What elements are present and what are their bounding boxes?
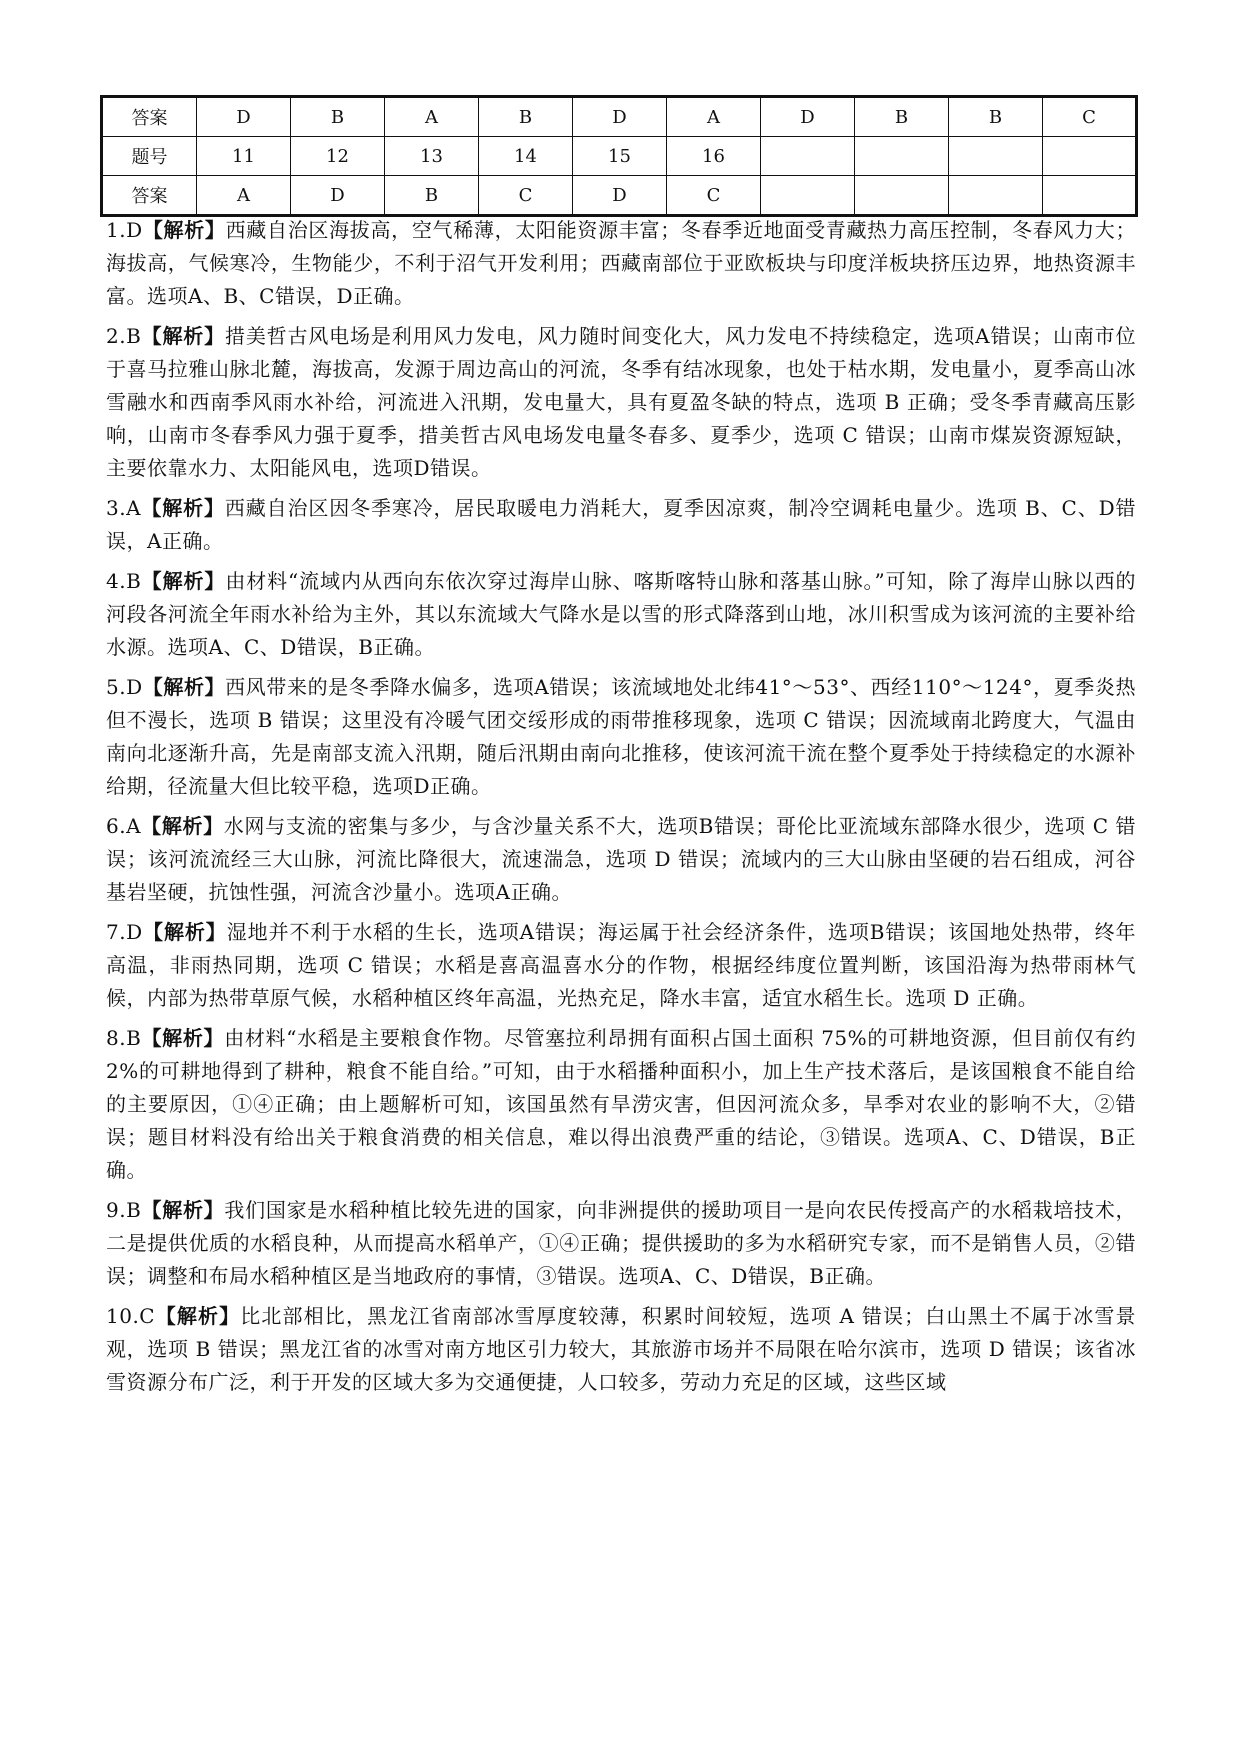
analysis-item: 4.B【解析】由材料“流域内从西向东依次穿过海岸山脉、喀斯喀特山脉和落基山脉。”… (106, 565, 1136, 664)
answer-cell: D (761, 97, 855, 137)
analysis-item: 10.C【解析】比北部相比，黑龙江省南部冰雪厚度较薄，积累时间较短，选项 A 错… (106, 1300, 1136, 1399)
answer-cell: C (1043, 97, 1137, 137)
item-number: 2.B (106, 324, 141, 348)
answer-cell (855, 176, 949, 216)
answer-cell (761, 176, 855, 216)
item-number: 7.D (106, 920, 143, 944)
analysis-tag: 【解析】 (141, 324, 225, 348)
analysis-item: 2.B【解析】措美哲古风电场是利用风力发电，风力随时间变化大，风力发电不持续稳定… (106, 320, 1136, 485)
item-number: 3.A (106, 496, 141, 520)
answer-cell: D (573, 97, 667, 137)
answer-cell: B (479, 97, 573, 137)
answer-cell: B (855, 97, 949, 137)
answer-cell: D (197, 97, 291, 137)
question-number-cell: 14 (479, 137, 573, 176)
analysis-tag: 【解析】 (143, 920, 227, 944)
table-row: 题号 11 12 13 14 15 16 (102, 137, 1137, 176)
analysis-text: 我们国家是水稻种植比较先进的国家，向非洲提供的援助项目一是向农民传授高产的水稻栽… (106, 1198, 1136, 1288)
analysis-text: 西风带来的是冬季降水偏多，选项A错误；该流域地处北纬41°～53°、西经110°… (106, 675, 1136, 798)
row-label: 答案 (102, 176, 197, 216)
analysis-item: 6.A【解析】水网与支流的密集与多少，与含沙量关系不大，选项B错误；哥伦比亚流域… (106, 810, 1136, 909)
item-number: 6.A (106, 814, 141, 838)
analysis-tag: 【解析】 (141, 814, 224, 838)
item-number: 5.D (106, 675, 143, 699)
answer-cell (949, 176, 1043, 216)
question-number-cell: 11 (197, 137, 291, 176)
item-number: 9.B (106, 1198, 141, 1222)
analysis-tag: 【解析】 (141, 1026, 224, 1050)
answer-cell: C (479, 176, 573, 216)
analysis-tag: 【解析】 (141, 569, 225, 593)
answer-table: 答案 D B A B D A D B B C 题号 11 12 13 14 15… (100, 95, 1138, 217)
analysis-section: 1.D【解析】西藏自治区海拔高，空气稀薄，太阳能资源丰富；冬春季近地面受青藏热力… (106, 214, 1136, 1406)
item-number: 8.B (106, 1026, 141, 1050)
analysis-text: 西藏自治区海拔高，空气稀薄，太阳能资源丰富；冬春季近地面受青藏热力高压控制，冬春… (106, 218, 1136, 308)
answer-cell (1043, 176, 1137, 216)
answer-cell: A (385, 97, 479, 137)
analysis-item: 1.D【解析】西藏自治区海拔高，空气稀薄，太阳能资源丰富；冬春季近地面受青藏热力… (106, 214, 1136, 313)
analysis-tag: 【解析】 (143, 675, 226, 699)
analysis-item: 7.D【解析】湿地并不利于水稻的生长，选项A错误；海运属于社会经济条件，选项B错… (106, 916, 1136, 1015)
analysis-tag: 【解析】 (141, 496, 225, 520)
analysis-tag: 【解析】 (141, 1198, 224, 1222)
analysis-item: 8.B【解析】由材料“水稻是主要粮食作物。尽管塞拉利昂拥有面积占国土面积 75%… (106, 1022, 1136, 1187)
analysis-text: 水网与支流的密集与多少，与含沙量关系不大，选项B错误；哥伦比亚流域东部降水很少，… (106, 814, 1136, 904)
analysis-text: 湿地并不利于水稻的生长，选项A错误；海运属于社会经济条件，选项B错误；该国地处热… (106, 920, 1136, 1010)
question-number-cell (949, 137, 1043, 176)
table-row: 答案 A D B C D C (102, 176, 1137, 216)
question-number-cell: 15 (573, 137, 667, 176)
answer-cell: A (667, 97, 761, 137)
analysis-text: 西藏自治区因冬季寒冷，居民取暖电力消耗大，夏季因凉爽，制冷空调耗电量少。选项 B… (106, 496, 1136, 553)
answer-cell: D (573, 176, 667, 216)
row-label: 题号 (102, 137, 197, 176)
analysis-item: 5.D【解析】西风带来的是冬季降水偏多，选项A错误；该流域地处北纬41°～53°… (106, 671, 1136, 803)
answer-cell: C (667, 176, 761, 216)
answer-cell: D (291, 176, 385, 216)
analysis-tag: 【解析】 (143, 218, 226, 242)
analysis-text: 措美哲古风电场是利用风力发电，风力随时间变化大，风力发电不持续稳定，选项A错误；… (106, 324, 1136, 480)
item-number: 4.B (106, 569, 141, 593)
question-number-cell: 16 (667, 137, 761, 176)
question-number-cell (1043, 137, 1137, 176)
question-number-cell (855, 137, 949, 176)
question-number-cell (761, 137, 855, 176)
answer-cell: B (291, 97, 385, 137)
answer-cell: B (949, 97, 1043, 137)
table-row: 答案 D B A B D A D B B C (102, 97, 1137, 137)
answer-cell: B (385, 176, 479, 216)
analysis-text: 由材料“水稻是主要粮食作物。尽管塞拉利昂拥有面积占国土面积 75%的可耕地资源，… (106, 1026, 1136, 1182)
row-label: 答案 (102, 97, 197, 137)
answer-cell: A (197, 176, 291, 216)
analysis-text: 由材料“流域内从西向东依次穿过海岸山脉、喀斯喀特山脉和落基山脉。”可知，除了海岸… (106, 569, 1136, 659)
item-number: 1.D (106, 218, 143, 242)
question-number-cell: 13 (385, 137, 479, 176)
analysis-tag: 【解析】 (155, 1304, 240, 1328)
analysis-text: 比北部相比，黑龙江省南部冰雪厚度较薄，积累时间较短，选项 A 错误；白山黑土不属… (106, 1304, 1136, 1394)
item-number: 10.C (106, 1304, 155, 1328)
analysis-item: 3.A【解析】西藏自治区因冬季寒冷，居民取暖电力消耗大，夏季因凉爽，制冷空调耗电… (106, 492, 1136, 558)
question-number-cell: 12 (291, 137, 385, 176)
analysis-item: 9.B【解析】我们国家是水稻种植比较先进的国家，向非洲提供的援助项目一是向农民传… (106, 1194, 1136, 1293)
